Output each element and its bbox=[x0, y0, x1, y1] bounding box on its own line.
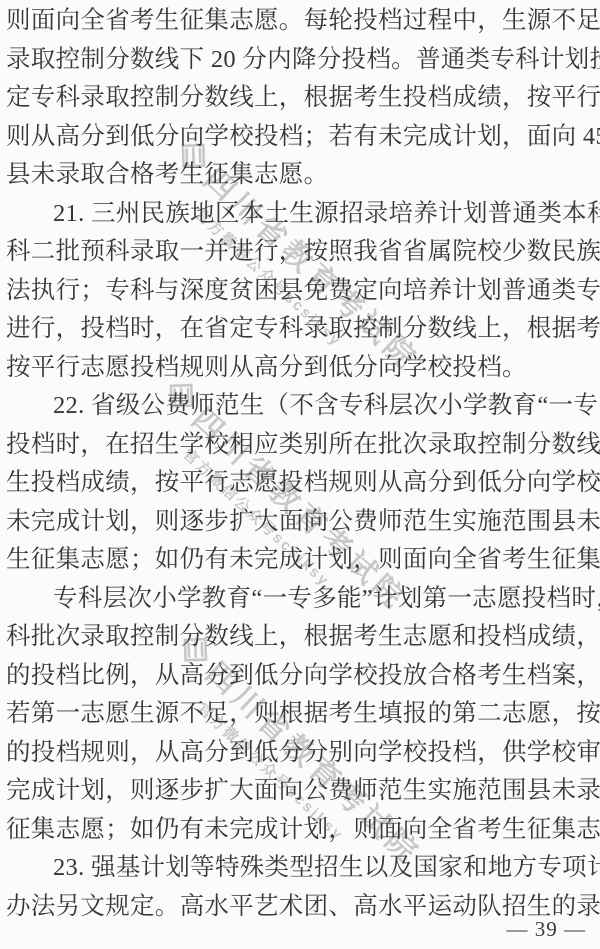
text-line: 则面向全省考生征集志愿。每轮投档过程中，生源不足时，均可在 bbox=[6, 2, 596, 41]
text-line: 录取控制分数线下 20 分内降分投档。普通类专科计划投档时，在省 bbox=[6, 41, 596, 80]
text-line: 21. 三州民族地区本土生源招录培养计划普通类本科预科与本 bbox=[6, 195, 596, 234]
page-number: — 39 — bbox=[507, 917, 587, 942]
text-line: 的投档比例，从高分到低分向学校投放合格考生档案，供学校审录。 bbox=[6, 657, 596, 696]
text-line: 专科层次小学教育“一专多能”计划第一志愿投档时，在省定专 bbox=[6, 580, 596, 619]
text-line: 科批次录取控制分数线上，根据考生志愿和投档成绩，按学校确定 bbox=[6, 618, 596, 657]
text-line: 法执行；专科与深度贫困县免费定向培养计划普通类专科录取一并 bbox=[6, 272, 596, 311]
text-line: 生投档成绩，按平行志愿投档规则从高分到低分向学校投档。若有 bbox=[6, 464, 596, 503]
document-page: 四川省教育考试院 官方微信公众号scsjksy 四川省教育考试院 官方微信公众号… bbox=[0, 0, 600, 949]
text-line: 县未录取合格考生征集志愿。 bbox=[6, 156, 596, 195]
text-line: 则从高分到低分向学校投档；若有未完成计划，面向 45 个深度贫困 bbox=[6, 118, 596, 157]
text-line: 科二批预科录取一并进行，按照我省省属院校少数民族预科录取办 bbox=[6, 233, 596, 272]
text-line: 定专科录取控制分数线上，根据考生投档成绩，按平行志愿投档规 bbox=[6, 79, 596, 118]
text-line: 的投档规则，从高分到低分分别向学校投档，供学校审录。若有未 bbox=[6, 734, 596, 773]
text-line: 若第一志愿生源不足，则根据考生填报的第二志愿，按照平行志愿 bbox=[6, 695, 596, 734]
text-line: 未完成计划，则逐步扩大面向公费师范生实施范围县未录取合格考 bbox=[6, 503, 596, 542]
text-line: 按平行志愿投档规则从高分到低分向学校投档。 bbox=[6, 349, 596, 388]
text-line: 进行，投档时，在省定专科录取控制分数线上，根据考生投档成绩， bbox=[6, 310, 596, 349]
document-text: 则面向全省考生征集志愿。每轮投档过程中，生源不足时，均可在录取控制分数线下 20… bbox=[6, 2, 596, 926]
text-line: 22. 省级公费师范生（不含专科层次小学教育“一专多能”计划） bbox=[6, 387, 596, 426]
text-line: 完成计划，则逐步扩大面向公费师范生实施范围县未录取合格考生 bbox=[6, 772, 596, 811]
text-line: 生征集志愿；如仍有未完成计划，则面向全省考生征集志愿。 bbox=[6, 541, 596, 580]
text-line: 投档时，在招生学校相应类别所在批次录取控制分数线上，根据考 bbox=[6, 426, 596, 465]
text-line: 征集志愿；如仍有未完成计划，则面向全省考生征集志愿。 bbox=[6, 811, 596, 850]
text-line: 23. 强基计划等特殊类型招生以及国家和地方专项计划的录取 bbox=[6, 849, 596, 888]
